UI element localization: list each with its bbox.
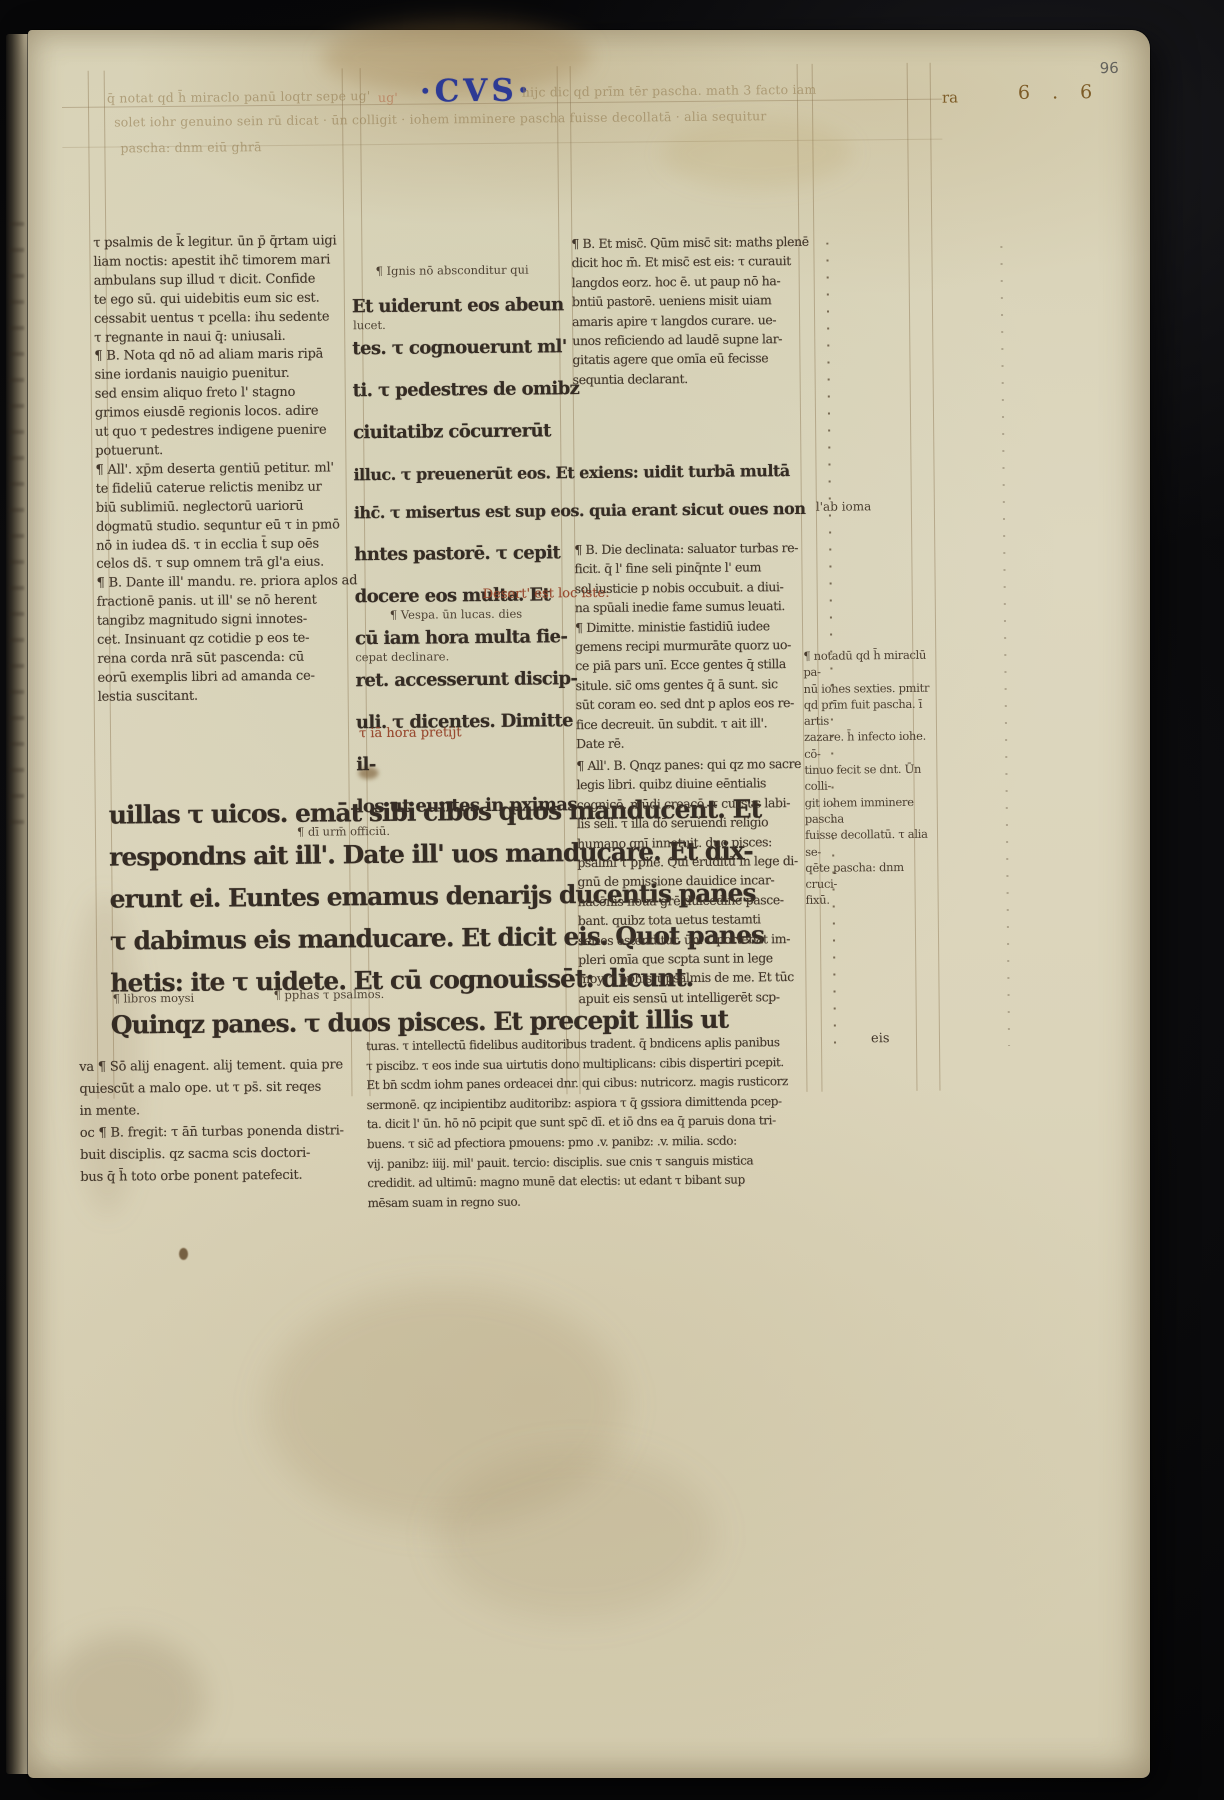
dark-speck [179, 1248, 188, 1260]
faint-annotation: solet iohr genuino sein rū dicat · ūn co… [114, 108, 766, 129]
photo-backdrop: { "page": { "running_title": "·CVS·", "q… [0, 0, 1224, 1800]
faint-annotation: q̄ notat qd h̄ miraclo panū loqtr sepe u… [107, 88, 371, 106]
gloss-left-column: τ psalmis de k̄ legitur. ūn p̄ q̄rtam ui… [93, 232, 360, 707]
ruling-line [930, 63, 941, 1091]
gloss-right-column-a: ¶ B. Et misc̄. Qūm misc̄ sit: maths plen… [571, 232, 818, 390]
gloss-right-column-b: ¶ B. Die declinata: saluator turbas re- … [574, 538, 822, 754]
gloss-bottom-wide: turas. τ intellectū fidelibus auditoribu… [366, 1032, 868, 1213]
running-title: ·CVS· [420, 73, 533, 110]
facing-page-text-bleed [9, 222, 24, 832]
interlinear-gloss-cepat: cepat declinare. [355, 649, 449, 664]
interlinear-gloss-lucet: lucet. [353, 318, 386, 332]
interlinear-gloss-officium: ¶ dī urm̄ officiū. [297, 824, 390, 839]
interlinear-gloss-ignis: ¶ Ignis nō absconditur qui [376, 263, 529, 278]
faint-annotation: hijc dic qd prīm tēr pascha. math 3 fact… [522, 82, 817, 100]
gospel-text-narrow-a: Et uiderunt eos abeun tes. τ cognouerunt… [352, 284, 588, 454]
interlinear-gloss-prophetas: ¶ pphas τ psalmos. [273, 987, 384, 1002]
margin-catchword: eis [871, 1031, 890, 1046]
gloss-bottom-left: va ¶ Sō alij enagent. alij tement. quia … [79, 1054, 380, 1189]
faint-red-mark: ug' [378, 90, 398, 105]
gospel-text-narrow-b: hntes pastorē. τ cepit docere eos multa.… [354, 532, 597, 828]
gloss-right-column-c: ¶ All'. B. Qnqz panes: qui qz mo sacre l… [576, 754, 824, 1009]
stain [45, 1634, 206, 1766]
prick-marks [1000, 246, 1010, 1046]
manuscript-page: q̄ notat qd h̄ miraclo panū loqtr sepe u… [28, 30, 1150, 1778]
interlinear-gloss-libros-moysi: ¶ libros moysi [112, 991, 194, 1006]
margin-side-word: l'ab ioma [816, 499, 872, 514]
page-content: q̄ notat qd h̄ miraclo panū loqtr sepe u… [21, 25, 1160, 1784]
stain [435, 1449, 717, 1622]
rubric-desertus-2: τ iā hora pretijt [359, 725, 462, 741]
margin-note-right: ¶ notadū qd h̄ miraclū pa- nū iohes sext… [803, 647, 933, 909]
chapter-mark: 6 . 6 [1018, 81, 1101, 104]
interlinear-gloss-vespera: ¶ Vespa. ūn lucas. dies [390, 607, 522, 622]
ruling-line [907, 63, 918, 1091]
faint-annotation: pascha: dnm eiū ghrā [120, 139, 261, 155]
stain [662, 117, 853, 189]
folio-number: 96 [1100, 59, 1119, 77]
gospel-text-wide-a: illuc. τ preuenerūt eos. Et exiens: uidi… [353, 452, 828, 533]
quire-mark: ra [942, 88, 958, 106]
